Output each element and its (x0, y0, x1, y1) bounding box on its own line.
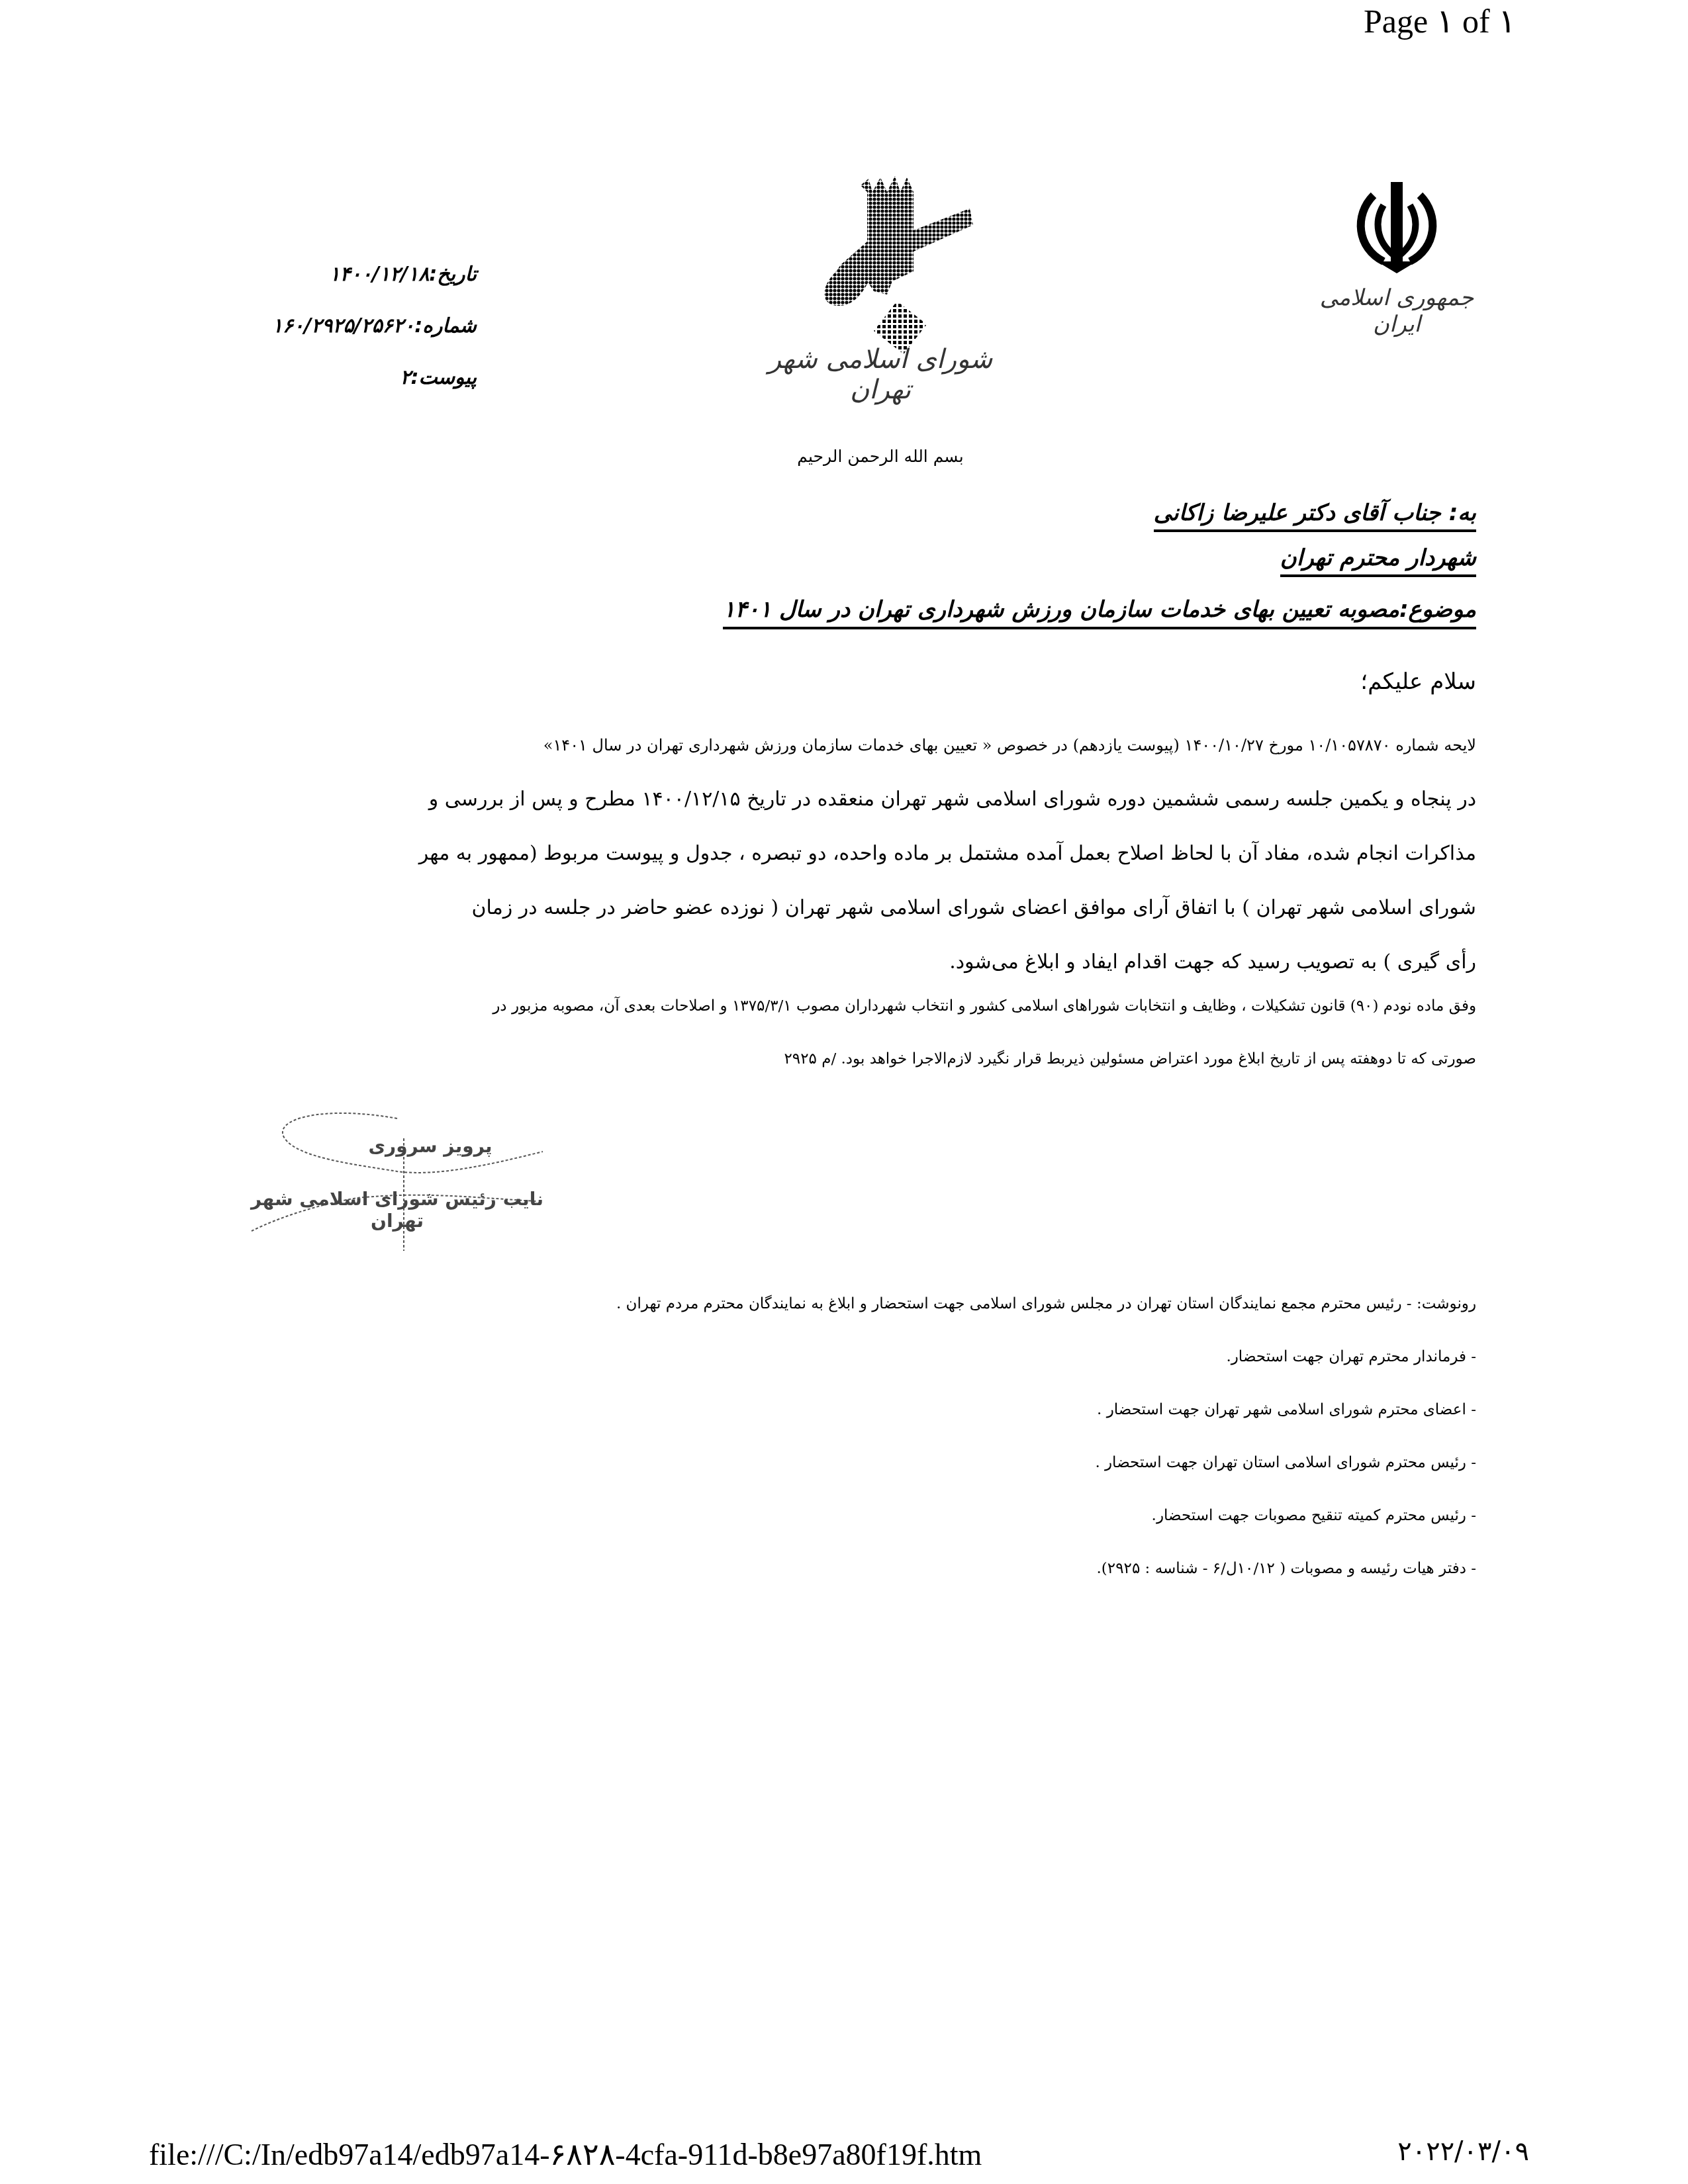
main-paragraph: لایحه شماره ۱۰/۱۰۵۷۸۷۰ مورخ ۱۴۰۰/۱۰/۲۷ (… (218, 718, 1476, 989)
page-number-header: Page ١ of ١ (1364, 0, 1516, 42)
letter-date: تاریخ:۱۴۰۰/۱۲/۱۸ (225, 255, 477, 306)
paragraph-line: شورای اسلامی شهر تهران ) با اتفاق آرای م… (218, 881, 1476, 935)
cc-item: رونوشت: - رئیس محترم مجمع نمایندگان استا… (616, 1291, 1476, 1343)
legal-note-line: صورتی که تا دوهفته پس از تاریخ ابلاغ مور… (218, 1032, 1476, 1085)
cc-item: - رئیس محترم شورای اسلامی استان تهران جه… (616, 1449, 1476, 1502)
paragraph-line: مذاکرات انجام شده، مفاد آن با لحاظ اصلاح… (218, 827, 1476, 881)
subject-line: موضوع:مصوبه تعیین بهای خدمات سازمان ورزش… (723, 592, 1476, 629)
paragraph-line: لایحه شماره ۱۰/۱۰۵۷۸۷۰ مورخ ۱۴۰۰/۱۰/۲۷ (… (218, 718, 1476, 772)
greeting: سلام علیکم؛ (1360, 668, 1476, 695)
letter-meta: تاریخ:۱۴۰۰/۱۲/۱۸ شماره:۱۶۰/۲۹۲۵/۲۵۶۲۰ پی… (225, 255, 477, 410)
footer-file-path: file:///C:/In/edb97a14/edb97a14-۶۸۲۸-4cf… (149, 2136, 982, 2172)
signature-scribble-icon (225, 1099, 569, 1257)
cc-item: - فرماندار محترم تهران جهت استحضار. (616, 1343, 1476, 1396)
iran-emblem-icon (1347, 175, 1446, 275)
legal-note-line: وفق ماده نودم (۹۰) قانون تشکیلات ، وظایف… (218, 979, 1476, 1032)
cc-item: - رئیس محترم کمیته تنقیح مصوبات جهت استح… (616, 1502, 1476, 1555)
iran-emblem-text: جمهوری اسلامی ایران (1304, 285, 1489, 338)
bismillah: بسم الله الرحمن الرحیم (761, 447, 1000, 466)
cc-item: - اعضای محترم شورای اسلامی شهر تهران جهت… (616, 1396, 1476, 1449)
footer-date: ۲۰۲۲/۰۳/۰۹ (1397, 2136, 1529, 2167)
signer-title: نایب رئیس شورای اسلامی شهر تهران (232, 1188, 563, 1232)
letter-number: شماره:۱۶۰/۲۹۲۵/۲۵۶۲۰ (225, 306, 477, 358)
addressee-name: به: جناب آقای دکتر علیرضا زاکانی (1154, 496, 1476, 532)
letter-attachment: پیوست:۲ (225, 358, 477, 410)
cc-item: - دفتر هیات رئیسه و مصوبات ( ۱۰/۱۲ل/۶ - … (616, 1555, 1476, 1608)
addressee-title: شهردار محترم تهران (1280, 541, 1476, 577)
city-council-logo-text: شورای اسلامی شهر تهران (741, 344, 1019, 405)
legal-note: وفق ماده نودم (۹۰) قانون تشکیلات ، وظایف… (218, 979, 1476, 1085)
paragraph-line: در پنجاه و یکمین جلسه رسمی ششمین دوره شو… (218, 772, 1476, 827)
signer-name: پرویز سروری (331, 1135, 530, 1157)
cc-list: رونوشت: - رئیس محترم مجمع نمایندگان استا… (616, 1291, 1476, 1608)
addressee: به: جناب آقای دکتر علیرضا زاکانی شهردار … (1154, 496, 1476, 586)
